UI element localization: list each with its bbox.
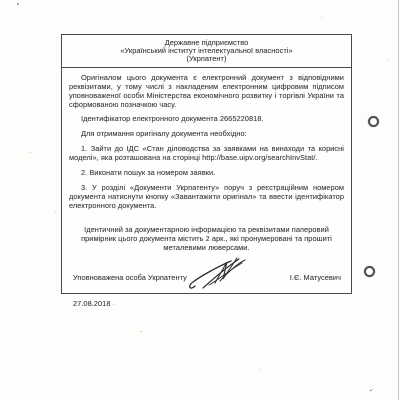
scan-speck xyxy=(30,152,31,153)
scan-speck xyxy=(113,304,114,305)
signature-row: Уповноважена особа Укрпатенту І.Є. Матус… xyxy=(69,259,344,293)
scan-mark xyxy=(369,387,374,391)
document-frame: Державне підприємство «Український інсти… xyxy=(61,34,352,294)
scan-speck xyxy=(140,331,142,332)
org-short-name: (Укрпатент) xyxy=(66,55,347,63)
scan-speck xyxy=(55,212,56,213)
instruction-step-3: 3. У розділі «Документи Укрпатенту» пору… xyxy=(69,183,344,210)
instructions-intro: Для отримання оригіналу документа необхі… xyxy=(69,129,344,138)
punch-hole-top xyxy=(368,116,379,127)
scan-speck xyxy=(17,3,19,5)
scanned-page: Державне підприємство «Український інсти… xyxy=(0,0,400,400)
document-identifier-line: Ідентифікатор електронного документа 266… xyxy=(69,114,344,123)
document-body: Оригіналом цього документа є електронний… xyxy=(62,73,351,308)
scan-speck xyxy=(388,60,389,61)
original-document-paragraph: Оригіналом цього документа є електронний… xyxy=(69,73,344,109)
handwritten-signature xyxy=(187,255,261,297)
instruction-step-2: 2. Виконати пошук за номером заявки. xyxy=(69,168,344,177)
instruction-step-1: 1. Зайти до ІДС «Стан діловодства за зая… xyxy=(69,144,344,162)
punch-hole-bottom xyxy=(364,266,375,277)
signature-role-label: Уповноважена особа Укрпатенту xyxy=(73,273,187,282)
paper-copy-note: Ідентичний за документарною інформацією … xyxy=(69,225,344,252)
scan-page-edge xyxy=(398,0,399,400)
document-date: 27.08.2018 xyxy=(69,299,344,308)
document-header: Державне підприємство «Український інсти… xyxy=(62,35,351,68)
scan-speck xyxy=(259,369,260,370)
scan-speck xyxy=(321,17,322,18)
signatory-name: І.Є. Матусевич xyxy=(290,273,341,282)
